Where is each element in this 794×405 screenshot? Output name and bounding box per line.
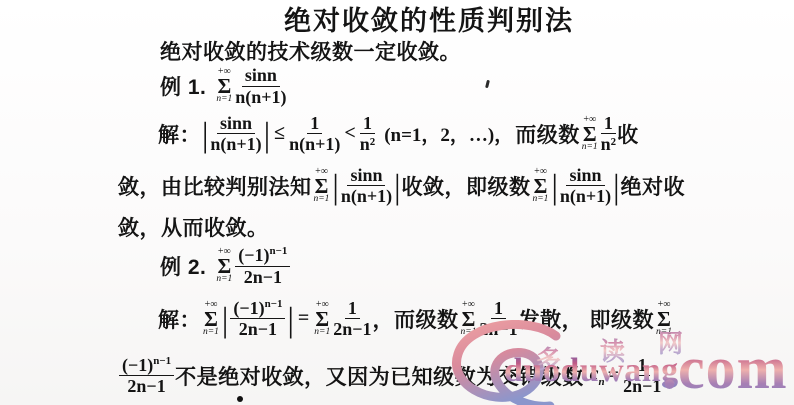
fraction-1-over-2n1: 1 2n−1 [479, 299, 517, 339]
abs-bar: | [613, 168, 619, 203]
sum-lower-limit: n=1 [460, 328, 476, 338]
n-range-note: (n=1，2，…)， [384, 120, 513, 147]
sum-lower-limit: n=1 [216, 275, 232, 285]
fraction-sinn: sinn n(n+1) [235, 66, 286, 106]
fraction-numerator: 1 [635, 356, 650, 376]
fraction-alternating: (−1)n−1 2n−1 [230, 299, 285, 339]
therefore-converges-text: 敛，从而收敛。 [118, 212, 269, 242]
solution2-line2: (−1)n−1 2n−1 不是绝对收敛，又因为已知级数为交错级数 cn = 1 … [0, 346, 794, 405]
solution1-line2: 敛，由比较判别法知 +∞ Σ n=1 | sinn n(n+1) | 收敛，即级… [0, 159, 794, 212]
series-text: ，而级数 [372, 304, 458, 334]
scan-speck [237, 396, 243, 402]
numerator-exponent: n−1 [270, 245, 288, 257]
fraction-numerator: 1 [491, 299, 506, 319]
fraction-1-over-n2: 1 n² [601, 114, 616, 154]
document-page: 绝对收敛的性质判别法 绝对收敛的技术级数一定收敛。 例 1. +∞ Σ n=1 … [0, 0, 794, 405]
sum-lower-limit: n=1 [314, 195, 330, 205]
series-text: 而级数 [515, 119, 580, 149]
sum-symbol: +∞ Σ n=1 [656, 300, 672, 338]
fraction-numerator: sinn [217, 114, 255, 134]
fraction-numerator: sinn [566, 166, 604, 186]
sum-symbol: +∞ Σ n=1 [582, 115, 598, 153]
sum-symbol: +∞ Σ n=1 [216, 67, 232, 105]
abs-bar: | [551, 168, 557, 203]
intro-text: 绝对收敛的技术级数一定收敛。 [160, 36, 461, 66]
fraction-denominator: n(n+1) [235, 87, 286, 106]
fraction-alternating: (−1)n−1 2n−1 [119, 356, 174, 396]
fraction-sinn: sinn n(n+1) [341, 166, 392, 206]
fraction-numerator: 1 [601, 114, 616, 134]
converges-ie-text: 收敛，即级数 [402, 171, 531, 201]
numerator-base: (−1) [233, 298, 264, 318]
fraction-denominator: n(n+1) [289, 134, 340, 153]
intro-line: 绝对收敛的技术级数一定收敛。 [0, 37, 794, 64]
numerator-exponent: n−1 [265, 298, 283, 310]
sum-symbol: +∞ Σ n=1 [314, 300, 330, 338]
fraction-1-over-2n1: 1 2n−1 [623, 356, 661, 396]
fraction-numerator: (−1)n−1 [230, 299, 285, 319]
abs-bar: | [332, 168, 338, 203]
fraction-sinn: sinn n(n+1) [210, 114, 261, 154]
fraction-numerator: 1 [307, 114, 322, 134]
fraction-denominator: 2n−1 [244, 267, 282, 286]
c-base: c [590, 363, 599, 385]
fraction-numerator: sinn [242, 66, 280, 86]
numerator-exponent: n−1 [153, 355, 171, 367]
sum-symbol: +∞ Σ n=1 [533, 167, 549, 205]
solution2-line1: 解： +∞ Σ n=1 | (−1)n−1 2n−1 | = +∞ Σ n=1 … [0, 291, 794, 346]
sum-lower-limit: n=1 [216, 95, 232, 105]
solution-label: 解： [158, 304, 201, 334]
c-variable: cn [590, 363, 605, 388]
example2-label: 例 2. [160, 251, 206, 281]
fraction-numerator: 1 [345, 299, 360, 319]
fraction-1-over-nn1: 1 n(n+1) [289, 114, 340, 154]
fraction-denominator: n(n+1) [210, 134, 261, 153]
fraction-sinn: sinn n(n+1) [560, 166, 611, 206]
fraction-alternating: (−1)n−1 2n−1 [235, 246, 290, 286]
fraction-denominator: 2n−1 [127, 376, 165, 395]
solution-label: 解： [158, 119, 201, 149]
numerator-base: (−1) [238, 245, 269, 265]
abs-bar: | [222, 301, 228, 336]
sum-symbol: +∞ Σ n=1 [203, 300, 219, 338]
fraction-numerator: (−1)n−1 [235, 246, 290, 266]
abs-bar: | [202, 116, 208, 151]
sum-lower-limit: n=1 [203, 328, 219, 338]
numerator-base: (−1) [122, 355, 153, 375]
diverges-ie-text: 发散， 即级数 [519, 304, 654, 334]
sum-lower-limit: n=1 [533, 195, 549, 205]
le-operator: ≤ [274, 122, 285, 145]
sum-lower-limit: n=1 [656, 328, 672, 338]
fraction-denominator: n(n+1) [341, 186, 392, 205]
c-subscript: n [599, 376, 605, 388]
fraction-1-over-n2: 1 n² [360, 114, 375, 154]
fraction-denominator: 2n−1 [623, 376, 661, 395]
equals-operator: = [298, 307, 309, 330]
fraction-numerator: 1 [360, 114, 375, 134]
abs-bar: | [394, 168, 400, 203]
fraction-denominator: 2n−1 [239, 319, 277, 338]
example1-line: 例 1. +∞ Σ n=1 sinn n(n+1) [0, 64, 794, 108]
fraction-denominator: n² [360, 134, 375, 153]
fraction-denominator: 2n−1 [479, 319, 517, 338]
sum-symbol: +∞ Σ n=1 [460, 300, 476, 338]
example2-line: 例 2. +∞ Σ n=1 (−1)n−1 2n−1 [0, 241, 794, 291]
comparison-test-text: 敛，由比较判别法知 [118, 171, 312, 201]
page-title: 绝对收敛的性质判别法 [220, 0, 574, 38]
fraction-denominator: 2n−1 [333, 319, 371, 338]
sum-lower-limit: n=1 [582, 143, 598, 153]
lt-operator: < [344, 122, 355, 145]
fraction-numerator: (−1)n−1 [119, 356, 174, 376]
sum-lower-limit: n=1 [314, 328, 330, 338]
fraction-denominator: n² [601, 134, 616, 153]
solution1-line3: 敛，从而收敛。 [0, 212, 794, 241]
title-row: 绝对收敛的性质判别法 [0, 0, 794, 37]
example1-label: 例 1. [160, 71, 206, 101]
sum-symbol: +∞ Σ n=1 [216, 247, 232, 285]
solution1-line1: 解： | sinn n(n+1) | ≤ 1 n(n+1) < 1 n² (n=… [0, 108, 794, 159]
abs-bar: | [264, 116, 270, 151]
abs-bar: | [287, 301, 293, 336]
equals-operator: = [608, 364, 619, 387]
absolutely-conv-tail: 绝对收 [621, 171, 686, 201]
fraction-numerator: sinn [347, 166, 385, 186]
fraction-denominator: n(n+1) [560, 186, 611, 205]
converge-tail: 收 [617, 119, 639, 149]
not-abs-convergent-text: 不是绝对收敛，又因为已知级数为交错级数 [175, 361, 584, 391]
sum-symbol: +∞ Σ n=1 [314, 167, 330, 205]
fraction-1-over-2n1: 1 2n−1 [333, 299, 371, 339]
